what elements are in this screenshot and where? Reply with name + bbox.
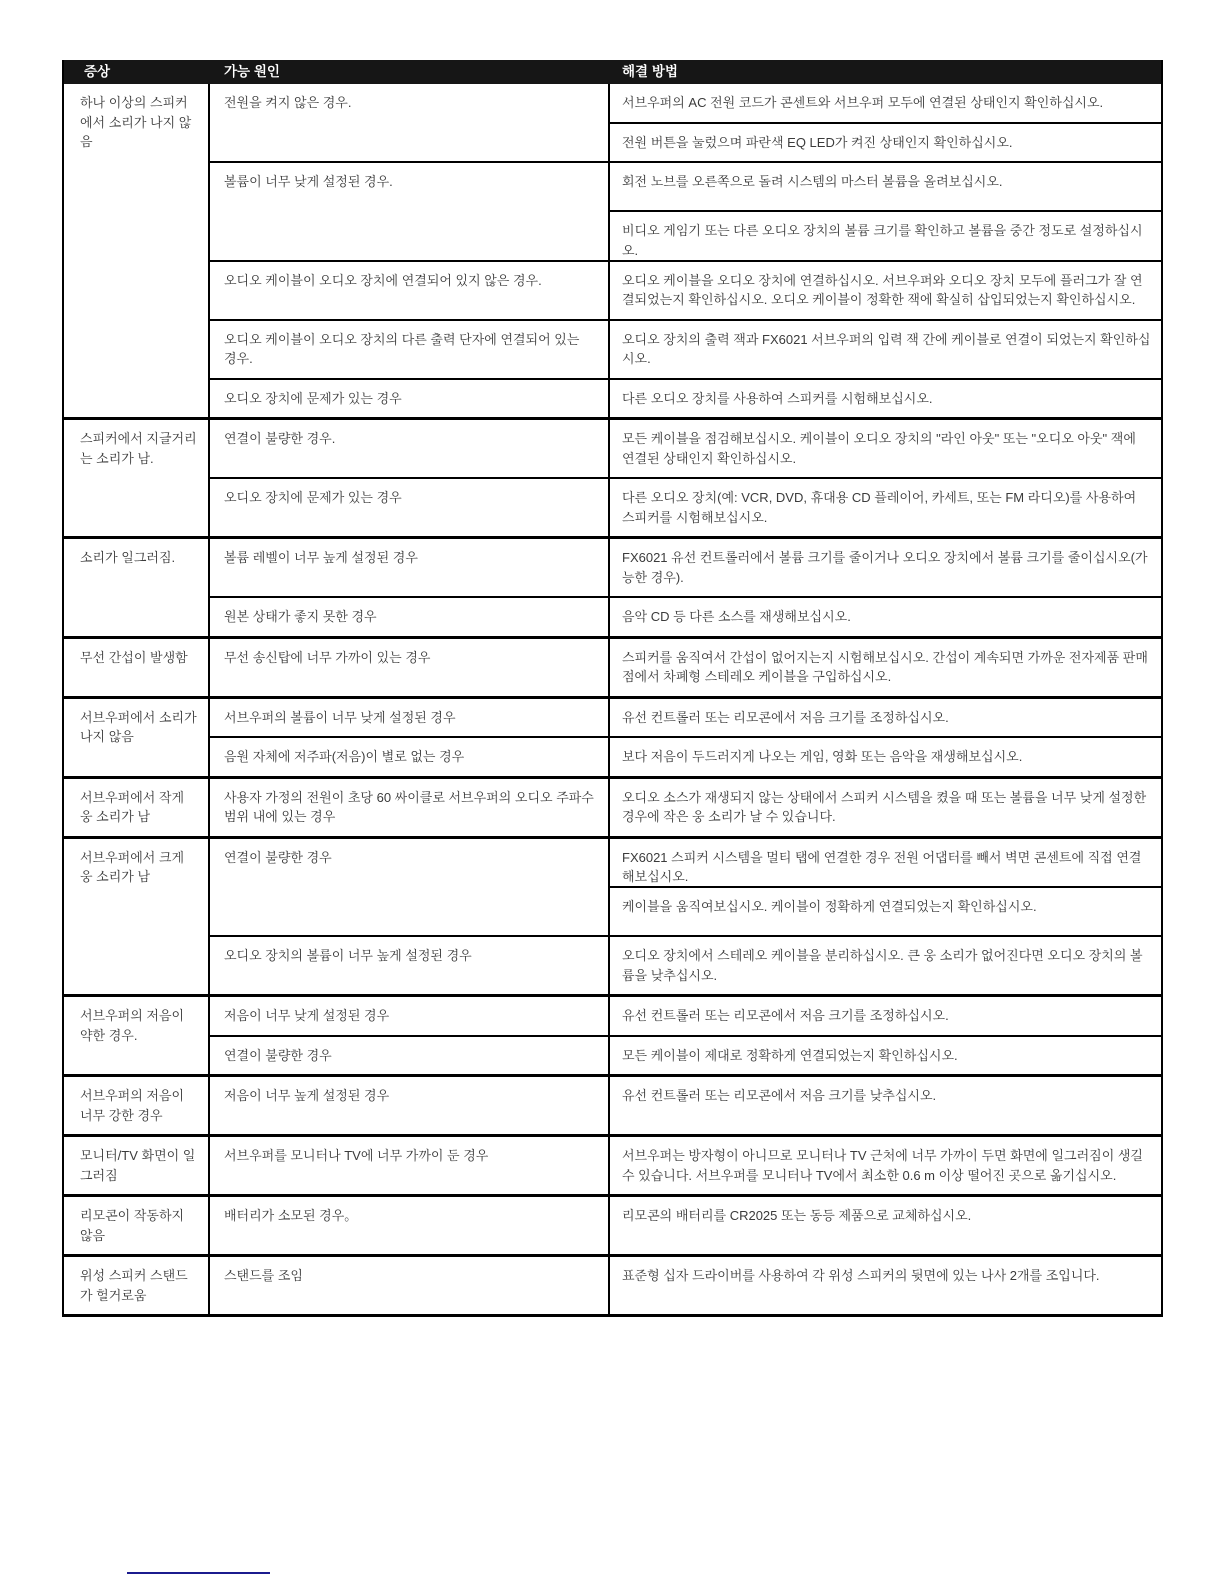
solutions-container: 유선 컨트롤러 또는 리모콘에서 저음 크기를 조정하십시오.	[610, 699, 1161, 737]
cause-row: 볼륨이 너무 낮게 설정된 경우.회전 노브를 오른쪽으로 돌려 시스템의 마스…	[210, 161, 1161, 260]
cause-cell: 저음이 너무 낮게 설정된 경우	[210, 997, 610, 1035]
table-row: 하나 이상의 스피커에서 소리가 나지 않음전원을 켜지 않은 경우.서브우퍼의…	[64, 84, 1161, 417]
table-body: 하나 이상의 스피커에서 소리가 나지 않음전원을 켜지 않은 경우.서브우퍼의…	[64, 84, 1161, 1314]
table-row: 서브우퍼에서 작게 웅 소리가 남사용자 가정의 전원이 초당 60 싸이클로 …	[64, 776, 1161, 836]
cause-cell: 볼륨 레벨이 너무 높게 설정된 경우	[210, 539, 610, 596]
solution-cell: 오디오 케이블을 오디오 장치에 연결하십시오. 서브우퍼와 오디오 장치 모두…	[610, 262, 1161, 319]
solutions-container: 회전 노브를 오른쪽으로 돌려 시스템의 마스터 볼륨을 올려보십시오.비디오 …	[610, 163, 1161, 260]
manual-page: 증상 가능 원인 해결 방법 하나 이상의 스피커에서 소리가 나지 않음전원을…	[0, 0, 1224, 1584]
cause-cell: 오디오 장치에 문제가 있는 경우	[210, 479, 610, 536]
solutions-container: 오디오 케이블을 오디오 장치에 연결하십시오. 서브우퍼와 오디오 장치 모두…	[610, 262, 1161, 319]
solutions-container: 유선 컨트롤러 또는 리모콘에서 저음 크기를 조정하십시오.	[610, 997, 1161, 1035]
symptom-cell: 무선 간섭이 발생함	[64, 639, 210, 696]
solution-cell: 오디오 장치의 출력 잭과 FX6021 서브우퍼의 입력 잭 간에 케이블로 …	[610, 321, 1161, 378]
cause-row: 오디오 케이블이 오디오 장치에 연결되어 있지 않은 경우.오디오 케이블을 …	[210, 260, 1161, 319]
causes-container: 저음이 너무 높게 설정된 경우유선 컨트롤러 또는 리모콘에서 저음 크기를 …	[210, 1077, 1161, 1134]
cause-row: 원본 상태가 좋지 못한 경우음악 CD 등 다른 소스를 재생해보십시오.	[210, 596, 1161, 636]
solutions-container: 오디오 장치의 출력 잭과 FX6021 서브우퍼의 입력 잭 간에 케이블로 …	[610, 321, 1161, 378]
symptom-cell: 위성 스피커 스탠드가 헐거로움	[64, 1257, 210, 1314]
solutions-container: 오디오 소스가 재생되지 않는 상태에서 스피커 시스템을 켰을 때 또는 볼륨…	[610, 779, 1161, 836]
table-header: 증상 가능 원인 해결 방법	[64, 60, 1161, 84]
footer-rule	[127, 1572, 270, 1574]
cause-row: 연결이 불량한 경우.모든 케이블을 점검해보십시오. 케이블이 오디오 장치의…	[210, 420, 1161, 477]
cause-cell: 오디오 케이블이 오디오 장치에 연결되어 있지 않은 경우.	[210, 262, 610, 319]
symptom-cell: 서브우퍼에서 소리가 나지 않음	[64, 699, 210, 776]
symptom-cell: 서브우퍼의 저음이 약한 경우.	[64, 997, 210, 1074]
symptom-cell: 서브우퍼의 저음이 너무 강한 경우	[64, 1077, 210, 1134]
solutions-container: 음악 CD 등 다른 소스를 재생해보십시오.	[610, 598, 1161, 636]
symptom-cell: 소리가 일그러짐.	[64, 539, 210, 636]
solutions-container: 리모콘의 배터리를 CR2025 또는 동등 제품으로 교체하십시오.	[610, 1197, 1161, 1254]
solution-cell: 모든 케이블이 제대로 정확하게 연결되었는지 확인하십시오.	[610, 1037, 1161, 1075]
solution-cell: 유선 컨트롤러 또는 리모콘에서 저음 크기를 낮추십시오.	[610, 1077, 1161, 1134]
cause-cell: 연결이 불량한 경우	[210, 1037, 610, 1075]
solution-cell: 다른 오디오 장치(예: VCR, DVD, 휴대용 CD 플레이어, 카세트,…	[610, 479, 1161, 536]
cause-cell: 오디오 케이블이 오디오 장치의 다른 출력 단자에 연결되어 있는 경우.	[210, 321, 610, 378]
cause-row: 사용자 가정의 전원이 초당 60 싸이클로 서브우퍼의 오디오 주파수 범위 …	[210, 779, 1161, 836]
solutions-container: FX6021 유선 컨트롤러에서 볼륨 크기를 줄이거나 오디오 장치에서 볼륨…	[610, 539, 1161, 596]
solution-cell: 케이블을 움직여보십시오. 케이블이 정확하게 연결되었는지 확인하십시오.	[610, 886, 1161, 935]
causes-container: 사용자 가정의 전원이 초당 60 싸이클로 서브우퍼의 오디오 주파수 범위 …	[210, 779, 1161, 836]
causes-container: 배터리가 소모된 경우。리모콘의 배터리를 CR2025 또는 동등 제품으로 …	[210, 1197, 1161, 1254]
cause-row: 음원 자체에 저주파(저음)이 별로 없는 경우보다 저음이 두드러지게 나오는…	[210, 736, 1161, 776]
solutions-container: 보다 저음이 두드러지게 나오는 게임, 영화 또는 음악을 재생해보십시오.	[610, 738, 1161, 776]
solutions-container: 서브우퍼는 방자형이 아니므로 모니터나 TV 근처에 너무 가까이 두면 화면…	[610, 1137, 1161, 1194]
cause-row: 연결이 불량한 경우모든 케이블이 제대로 정확하게 연결되었는지 확인하십시오…	[210, 1035, 1161, 1075]
solution-cell: 서브우퍼는 방자형이 아니므로 모니터나 TV 근처에 너무 가까이 두면 화면…	[610, 1137, 1161, 1194]
header-cause: 가능 원인	[210, 62, 610, 82]
header-symptom: 증상	[64, 62, 210, 82]
solution-cell: 유선 컨트롤러 또는 리모콘에서 저음 크기를 조정하십시오.	[610, 699, 1161, 737]
cause-cell: 오디오 장치의 볼륨이 너무 높게 설정된 경우	[210, 937, 610, 994]
cause-cell: 저음이 너무 높게 설정된 경우	[210, 1077, 610, 1134]
solutions-container: 서브우퍼의 AC 전원 코드가 콘센트와 서브우퍼 모두에 연결된 상태인지 확…	[610, 84, 1161, 161]
causes-container: 서브우퍼를 모니터나 TV에 너무 가까이 둔 경우서브우퍼는 방자형이 아니므…	[210, 1137, 1161, 1194]
causes-container: 연결이 불량한 경우.모든 케이블을 점검해보십시오. 케이블이 오디오 장치의…	[210, 420, 1161, 536]
table-row: 위성 스피커 스탠드가 헐거로움스탠드를 조임표준형 십자 드라이버를 사용하여…	[64, 1254, 1161, 1314]
solution-cell: 음악 CD 등 다른 소스를 재생해보십시오.	[610, 598, 1161, 636]
solution-cell: 유선 컨트롤러 또는 리모콘에서 저음 크기를 조정하십시오.	[610, 997, 1161, 1035]
table-row: 모니터/TV 화면이 일그러짐서브우퍼를 모니터나 TV에 너무 가까이 둔 경…	[64, 1134, 1161, 1194]
symptom-cell: 서브우퍼에서 작게 웅 소리가 남	[64, 779, 210, 836]
solutions-container: 모든 케이블을 점검해보십시오. 케이블이 오디오 장치의 "라인 아웃" 또는…	[610, 420, 1161, 477]
table-row: 서브우퍼의 저음이 약한 경우.저음이 너무 낮게 설정된 경우유선 컨트롤러 …	[64, 994, 1161, 1074]
cause-cell: 전원을 켜지 않은 경우.	[210, 84, 610, 161]
solution-cell: 서브우퍼의 AC 전원 코드가 콘센트와 서브우퍼 모두에 연결된 상태인지 확…	[610, 84, 1161, 122]
solutions-container: 다른 오디오 장치(예: VCR, DVD, 휴대용 CD 플레이어, 카세트,…	[610, 479, 1161, 536]
cause-row: 배터리가 소모된 경우。리모콘의 배터리를 CR2025 또는 동등 제품으로 …	[210, 1197, 1161, 1254]
table-row: 서브우퍼의 저음이 너무 강한 경우저음이 너무 높게 설정된 경우유선 컨트롤…	[64, 1074, 1161, 1134]
solutions-container: FX6021 스피커 시스템을 멀티 탭에 연결한 경우 전원 어댑터를 빼서 …	[610, 839, 1161, 936]
solution-cell: 오디오 장치에서 스테레오 케이블을 분리하십시오. 큰 웅 소리가 없어진다면…	[610, 937, 1161, 994]
cause-cell: 원본 상태가 좋지 못한 경우	[210, 598, 610, 636]
solution-cell: 회전 노브를 오른쪽으로 돌려 시스템의 마스터 볼륨을 올려보십시오.	[610, 163, 1161, 210]
solutions-container: 유선 컨트롤러 또는 리모콘에서 저음 크기를 낮추십시오.	[610, 1077, 1161, 1134]
cause-row: 저음이 너무 높게 설정된 경우유선 컨트롤러 또는 리모콘에서 저음 크기를 …	[210, 1077, 1161, 1134]
causes-container: 전원을 켜지 않은 경우.서브우퍼의 AC 전원 코드가 콘센트와 서브우퍼 모…	[210, 84, 1161, 417]
solution-cell: 스피커를 움직여서 간섭이 없어지는지 시험해보십시오. 간섭이 계속되면 가까…	[610, 639, 1161, 696]
solution-cell: 표준형 십자 드라이버를 사용하여 각 위성 스피커의 뒷면에 있는 나사 2개…	[610, 1257, 1161, 1314]
cause-cell: 서브우퍼의 볼륨이 너무 낮게 설정된 경우	[210, 699, 610, 737]
table-row: 서브우퍼에서 크게 웅 소리가 남연결이 불량한 경우FX6021 스피커 시스…	[64, 836, 1161, 995]
solutions-container: 다른 오디오 장치를 사용하여 스피커를 시험해보십시오.	[610, 380, 1161, 418]
symptom-cell: 서브우퍼에서 크게 웅 소리가 남	[64, 839, 210, 995]
cause-row: 저음이 너무 낮게 설정된 경우유선 컨트롤러 또는 리모콘에서 저음 크기를 …	[210, 997, 1161, 1035]
causes-container: 저음이 너무 낮게 설정된 경우유선 컨트롤러 또는 리모콘에서 저음 크기를 …	[210, 997, 1161, 1074]
troubleshooting-table: 증상 가능 원인 해결 방법 하나 이상의 스피커에서 소리가 나지 않음전원을…	[62, 60, 1163, 1317]
solution-cell: FX6021 스피커 시스템을 멀티 탭에 연결한 경우 전원 어댑터를 빼서 …	[610, 839, 1161, 886]
causes-container: 연결이 불량한 경우FX6021 스피커 시스템을 멀티 탭에 연결한 경우 전…	[210, 839, 1161, 995]
causes-container: 서브우퍼의 볼륨이 너무 낮게 설정된 경우유선 컨트롤러 또는 리모콘에서 저…	[210, 699, 1161, 776]
solution-cell: 비디오 게임기 또는 다른 오디오 장치의 볼륨 크기를 확인하고 볼륨을 중간…	[610, 210, 1161, 259]
cause-cell: 오디오 장치에 문제가 있는 경우	[210, 380, 610, 418]
table-row: 서브우퍼에서 소리가 나지 않음서브우퍼의 볼륨이 너무 낮게 설정된 경우유선…	[64, 696, 1161, 776]
cause-cell: 스탠드를 조임	[210, 1257, 610, 1314]
cause-cell: 무선 송신탑에 너무 가까이 있는 경우	[210, 639, 610, 696]
cause-cell: 볼륨이 너무 낮게 설정된 경우.	[210, 163, 610, 260]
header-solution: 해결 방법	[610, 62, 1161, 82]
symptom-cell: 리모콘이 작동하지 않음	[64, 1197, 210, 1254]
table-row: 소리가 일그러짐.볼륨 레벨이 너무 높게 설정된 경우FX6021 유선 컨트…	[64, 536, 1161, 636]
solution-cell: 보다 저음이 두드러지게 나오는 게임, 영화 또는 음악을 재생해보십시오.	[610, 738, 1161, 776]
cause-row: 오디오 케이블이 오디오 장치의 다른 출력 단자에 연결되어 있는 경우.오디…	[210, 319, 1161, 378]
symptom-cell: 스피커에서 지글거리는 소리가 남.	[64, 420, 210, 536]
solution-cell: 오디오 소스가 재생되지 않는 상태에서 스피커 시스템을 켰을 때 또는 볼륨…	[610, 779, 1161, 836]
cause-row: 연결이 불량한 경우FX6021 스피커 시스템을 멀티 탭에 연결한 경우 전…	[210, 839, 1161, 936]
cause-cell: 배터리가 소모된 경우。	[210, 1197, 610, 1254]
table-row: 리모콘이 작동하지 않음배터리가 소모된 경우。리모콘의 배터리를 CR2025…	[64, 1194, 1161, 1254]
cause-cell: 연결이 불량한 경우	[210, 839, 610, 936]
solutions-container: 스피커를 움직여서 간섭이 없어지는지 시험해보십시오. 간섭이 계속되면 가까…	[610, 639, 1161, 696]
causes-container: 스탠드를 조임표준형 십자 드라이버를 사용하여 각 위성 스피커의 뒷면에 있…	[210, 1257, 1161, 1314]
symptom-cell: 하나 이상의 스피커에서 소리가 나지 않음	[64, 84, 210, 417]
table-row: 무선 간섭이 발생함무선 송신탑에 너무 가까이 있는 경우스피커를 움직여서 …	[64, 636, 1161, 696]
cause-row: 서브우퍼를 모니터나 TV에 너무 가까이 둔 경우서브우퍼는 방자형이 아니므…	[210, 1137, 1161, 1194]
solution-cell: FX6021 유선 컨트롤러에서 볼륨 크기를 줄이거나 오디오 장치에서 볼륨…	[610, 539, 1161, 596]
cause-row: 전원을 켜지 않은 경우.서브우퍼의 AC 전원 코드가 콘센트와 서브우퍼 모…	[210, 84, 1161, 161]
cause-cell: 음원 자체에 저주파(저음)이 별로 없는 경우	[210, 738, 610, 776]
cause-row: 오디오 장치에 문제가 있는 경우다른 오디오 장치(예: VCR, DVD, …	[210, 477, 1161, 536]
cause-row: 서브우퍼의 볼륨이 너무 낮게 설정된 경우유선 컨트롤러 또는 리모콘에서 저…	[210, 699, 1161, 737]
cause-cell: 서브우퍼를 모니터나 TV에 너무 가까이 둔 경우	[210, 1137, 610, 1194]
cause-row: 무선 송신탑에 너무 가까이 있는 경우스피커를 움직여서 간섭이 없어지는지 …	[210, 639, 1161, 696]
solution-cell: 전원 버튼을 눌렀으며 파란색 EQ LED가 켜진 상태인지 확인하십시오.	[610, 122, 1161, 162]
cause-row: 볼륨 레벨이 너무 높게 설정된 경우FX6021 유선 컨트롤러에서 볼륨 크…	[210, 539, 1161, 596]
cause-cell: 연결이 불량한 경우.	[210, 420, 610, 477]
solution-cell: 리모콘의 배터리를 CR2025 또는 동등 제품으로 교체하십시오.	[610, 1197, 1161, 1254]
solutions-container: 오디오 장치에서 스테레오 케이블을 분리하십시오. 큰 웅 소리가 없어진다면…	[610, 937, 1161, 994]
table-row: 스피커에서 지글거리는 소리가 남.연결이 불량한 경우.모든 케이블을 점검해…	[64, 417, 1161, 536]
cause-row: 오디오 장치에 문제가 있는 경우다른 오디오 장치를 사용하여 스피커를 시험…	[210, 378, 1161, 418]
cause-row: 스탠드를 조임표준형 십자 드라이버를 사용하여 각 위성 스피커의 뒷면에 있…	[210, 1257, 1161, 1314]
causes-container: 볼륨 레벨이 너무 높게 설정된 경우FX6021 유선 컨트롤러에서 볼륨 크…	[210, 539, 1161, 636]
solution-cell: 모든 케이블을 점검해보십시오. 케이블이 오디오 장치의 "라인 아웃" 또는…	[610, 420, 1161, 477]
solution-cell: 다른 오디오 장치를 사용하여 스피커를 시험해보십시오.	[610, 380, 1161, 418]
causes-container: 무선 송신탑에 너무 가까이 있는 경우스피커를 움직여서 간섭이 없어지는지 …	[210, 639, 1161, 696]
cause-row: 오디오 장치의 볼륨이 너무 높게 설정된 경우오디오 장치에서 스테레오 케이…	[210, 935, 1161, 994]
cause-cell: 사용자 가정의 전원이 초당 60 싸이클로 서브우퍼의 오디오 주파수 범위 …	[210, 779, 610, 836]
solutions-container: 표준형 십자 드라이버를 사용하여 각 위성 스피커의 뒷면에 있는 나사 2개…	[610, 1257, 1161, 1314]
symptom-cell: 모니터/TV 화면이 일그러짐	[64, 1137, 210, 1194]
solutions-container: 모든 케이블이 제대로 정확하게 연결되었는지 확인하십시오.	[610, 1037, 1161, 1075]
